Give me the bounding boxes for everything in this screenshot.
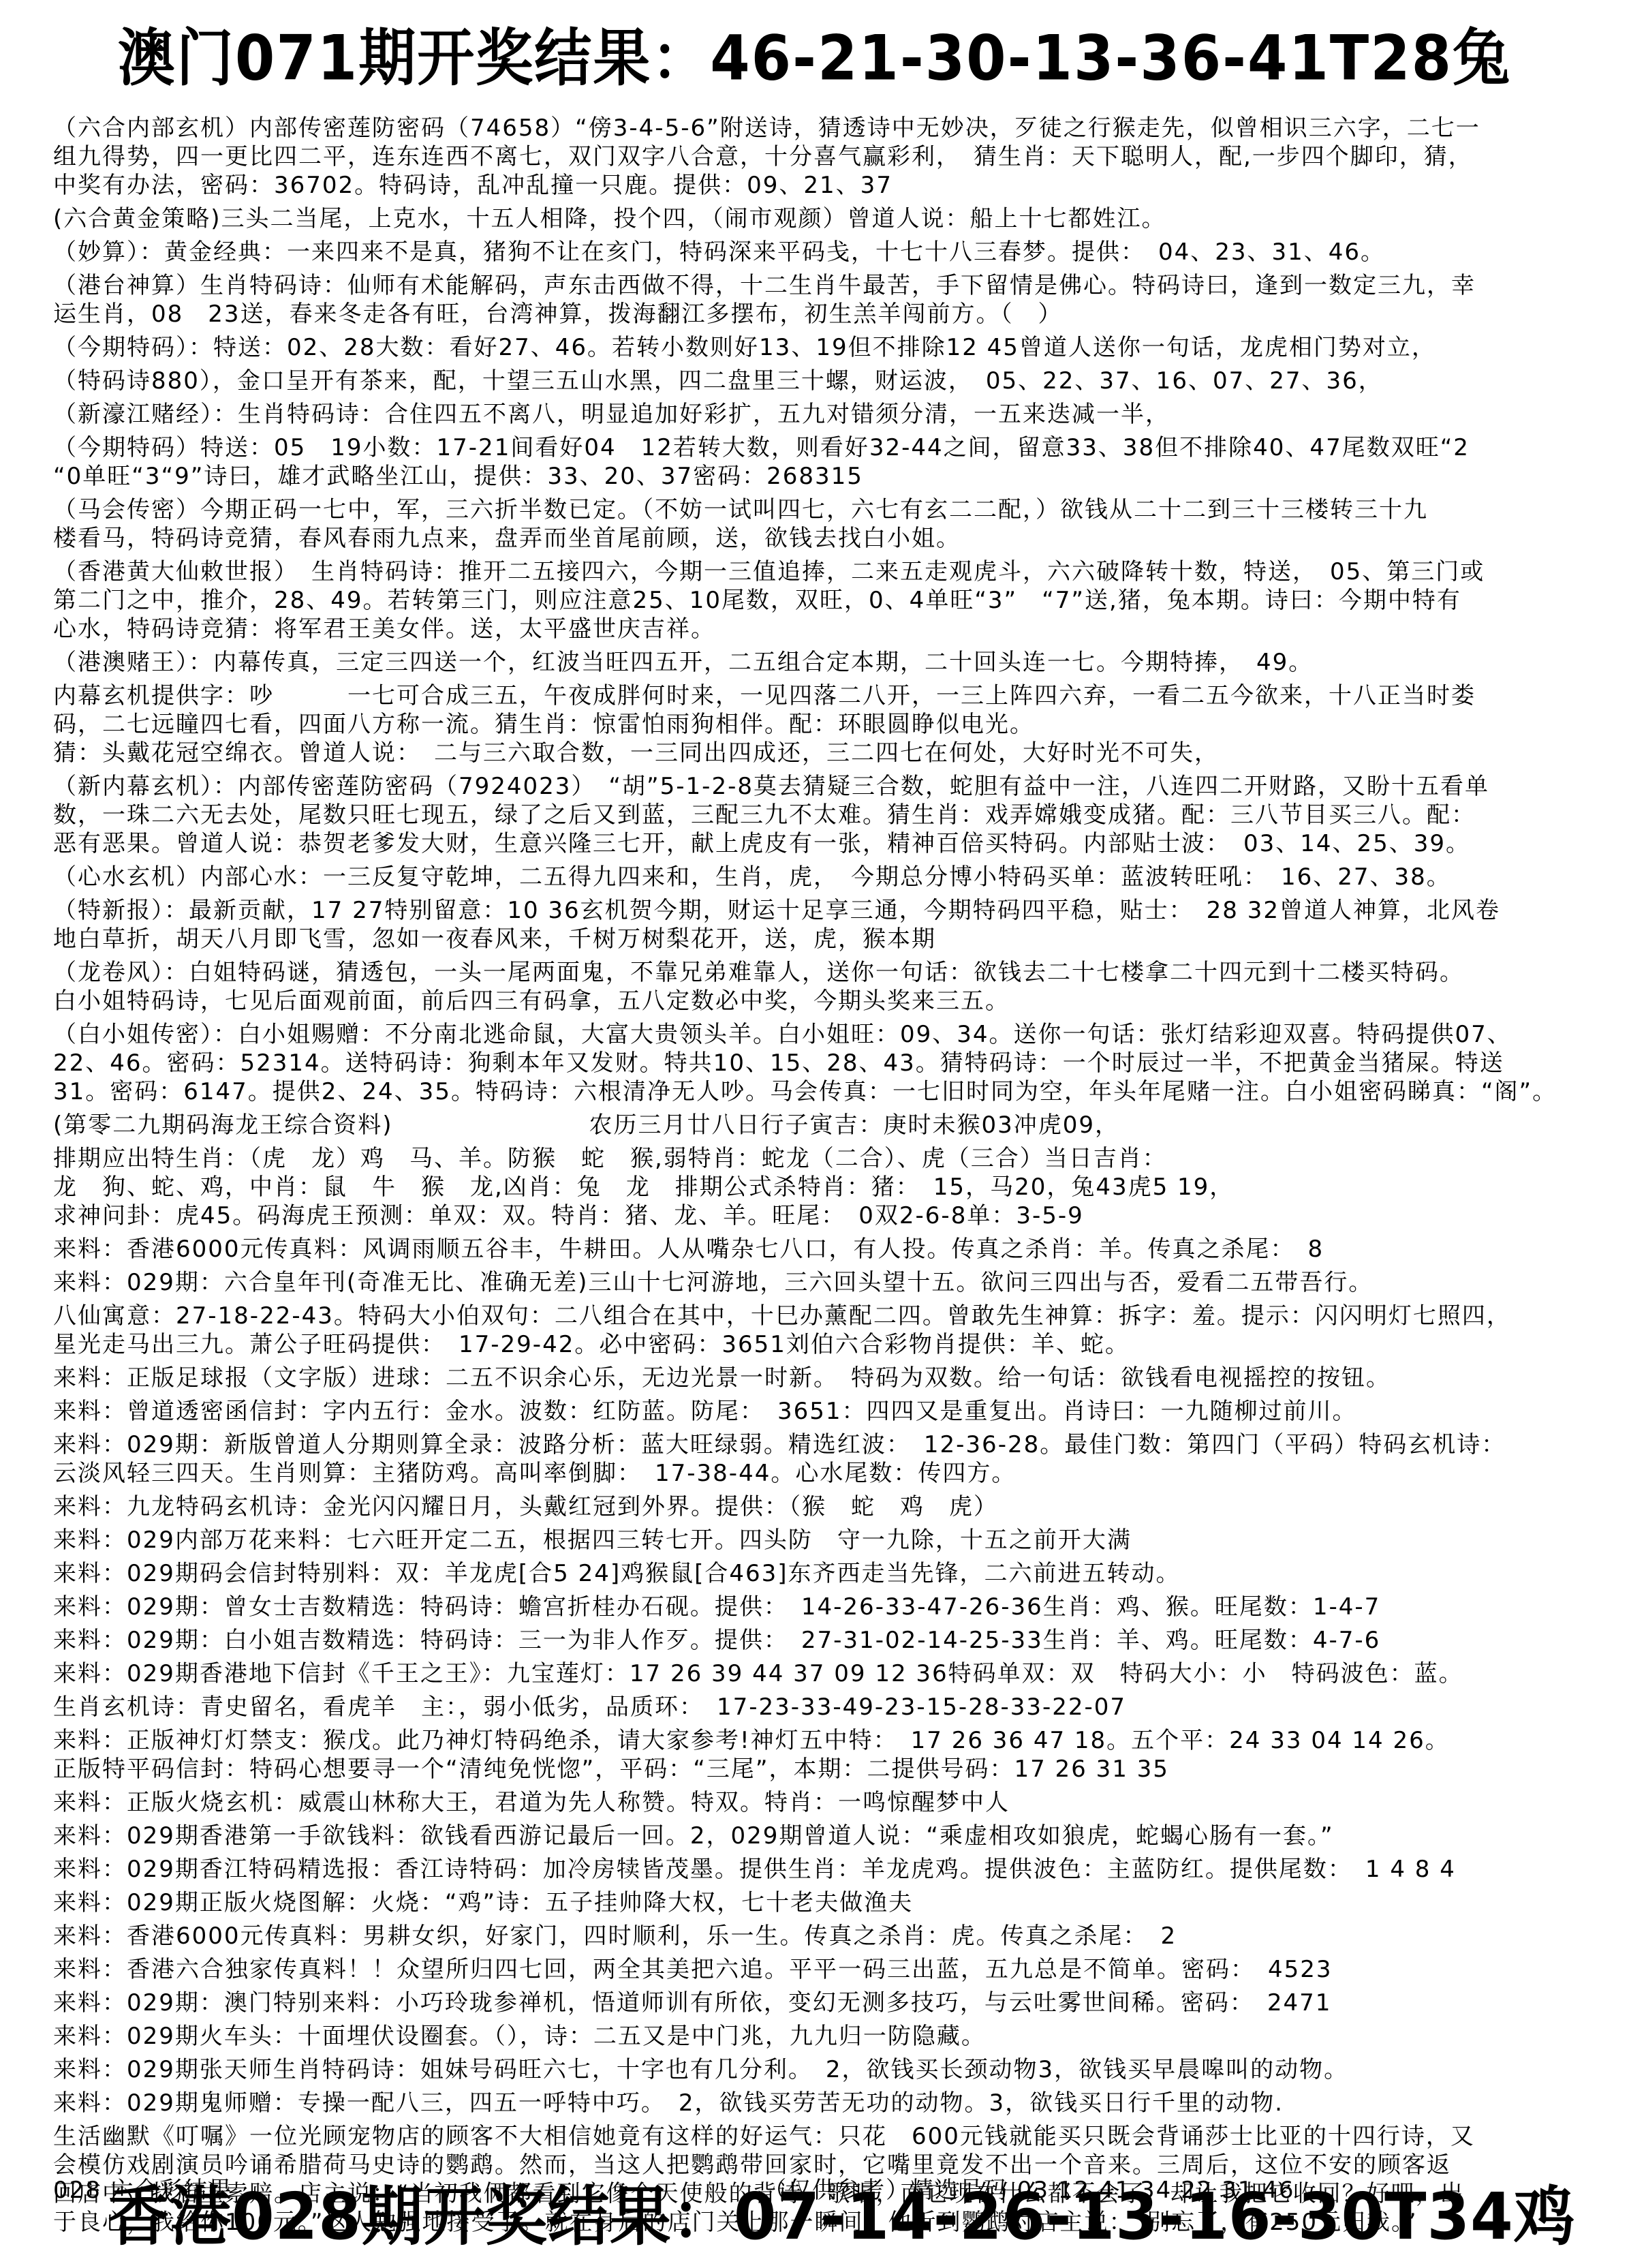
text-line: 来料：029期正版火烧图解：火烧：“鸡”诗：五子挂帅降大权，七十老夫做渔夫 [53, 1888, 1609, 1917]
text-line: （马会传密）今期正码一七中，军，三六折半数已定。（不妨一试叫四七，六七有玄二二配… [53, 495, 1609, 524]
text-line: 来料：九龙特码玄机诗：金光闪闪耀日月，头戴红冠到外界。提供：（猴 蛇 鸡 虎） [53, 1492, 1609, 1521]
paragraph: 来料：029期：澳门特别来料：小巧玲珑参禅机，悟道师训有所依，变幻无测多技巧，与… [53, 1989, 1609, 2017]
text-line: 来料：029内部万花来料：七六旺开定二五，根据四三转七开。四头防 守一九除，十五… [53, 1526, 1609, 1554]
paragraph: 来料：香港六合独家传真料！！众望所归四七回，两全其美把六追。平平一码三出蓝，五九… [53, 1955, 1609, 1984]
text-line: 来料：香港6000元传真料：风调雨顺五谷丰，牛耕田。人从嘴杂七八口，有人投。传真… [53, 1235, 1609, 1263]
paragraph: 来料：正版火烧玄机：威震山林称大王，君道为先人称赞。特双。特肖：一鸣惊醒梦中人 [53, 1788, 1609, 1817]
paragraph: （六合内部玄机）内部传密莲防密码（74658）“傍3-4-5-6”附送诗，猜透诗… [53, 114, 1609, 200]
text-line: 数，一珠二六无去处，尾数只旺七现五，绿了之后又到蓝，三配三九不太难。猜生肖：戏弄… [53, 801, 1609, 829]
text-line: 来料：029期香港第一手欲钱料：欲钱看西游记最后一回。2，029期曾道人说：“乘… [53, 1822, 1609, 1850]
text-line: 来料：029期香港地下信封《千王之王》：九宝莲灯：17 26 39 44 37 … [53, 1659, 1609, 1688]
text-line: 云淡风轻三四天。生肖则算：主猪防鸡。高叫率倒脚： 17-38-44。心水尾数：传… [53, 1459, 1609, 1488]
text-line: 地白草折，胡天八月即飞雪，忽如一夜春风来，千树万树梨花开，送，虎，猴本期 [53, 925, 1609, 953]
text-line: （港澳赌王）：内幕传真，三定三四送一个，红波当旺四五开，二五组合定本期，二十回头… [53, 648, 1609, 677]
paragraph: 来料：029期香港地下信封《千王之王》：九宝莲灯：17 26 39 44 37 … [53, 1659, 1609, 1688]
text-line: 来料：029期鬼师赠：专操一配八三，四五一呼特中巧。 2，欲钱买劳苦无功的动物。… [53, 2089, 1609, 2117]
text-line: 来料：香港6000元传真料：男耕女织，好家门，四时顺利，乐一生。传真之杀肖：虎。… [53, 1922, 1609, 1950]
text-line: 八仙寓意：27-18-22-43。特码大小伯双句：二八组合在其中，十巳办薰配二四… [53, 1302, 1609, 1330]
body-text: （六合内部玄机）内部传密莲防密码（74658）“傍3-4-5-6”附送诗，猜透诗… [0, 91, 1629, 2237]
text-line: “0单旺“3“9”诗曰，雄才武略坐江山，提供：33、20、37密码：268315 [53, 462, 1609, 491]
text-line: (六合黄金策略)三头二当尾，上克水，十五人相降，投个四，（闹市观颜）曾道人说：船… [53, 204, 1609, 233]
text-line: 来料：029期码会信封特别料：双：羊龙虎[合5 24]鸡猴鼠[合463]东齐西走… [53, 1559, 1609, 1588]
paragraph: （港台神算）生肖特码诗：仙师有术能解码，声东击西做不得，十二生肖牛最苦，手下留情… [53, 271, 1609, 328]
text-line: 中奖有办法，密码：36702。特码诗，乱冲乱撞一只鹿。提供：09、21、37 [53, 171, 1609, 200]
text-line: 来料：029期火车头：十面埋伏设圈套。（），诗：二五又是中门兆，九九归一防隐藏。 [53, 2022, 1609, 2051]
text-line: （今期特码）特送：05 19小数：17-21间看好04 12若转大数，则看好32… [53, 433, 1609, 462]
text-line: 来料：曾道透密函信封：字内五行：金水。波数：红防蓝。防尾： 3651：四四又是重… [53, 1397, 1609, 1426]
paragraph: 来料：029期：曾女士吉数精选：特码诗：蟾宫折桂办石砚。提供： 14-26-33… [53, 1593, 1609, 1621]
text-line: 来料：正版足球报（文字版）进球：二五不识余心乐，无边光景一时新。 特码为双数。给… [53, 1364, 1609, 1392]
text-line: 内幕玄机提供字：吵 一七可合成三五，午夜成胖何时来，一见四落二八开，一三上阵四六… [53, 681, 1609, 710]
text-line: (第零二九期码海龙王综合资料) 农历三月廿八日行子寅吉：庚时未猴03冲虎09， [53, 1111, 1609, 1139]
text-line: （白小姐传密）：白小姐赐赠：不分南北逃命鼠，大富大贵领头羊。白小姐旺：09、34… [53, 1020, 1609, 1049]
text-line: （妙算）：黄金经典：一来四来不是真，猪狗不让在亥门，特码深来平码戋，十七十八三春… [53, 238, 1609, 266]
footer-result: 香港028期开奖结果：07-14-26-13-16-30T34鸡 [108, 2164, 1576, 2258]
text-line: 第二门之中，推介，28、49。若转第三门，则应注意25、10尾数，双旺，0、4单… [53, 586, 1609, 615]
text-line: 正版特平码信封：特码心想要寻一个“清纯免恍惚”，平码：“三尾”，本期：二提供号码… [53, 1755, 1609, 1783]
paragraph: (第零二九期码海龙王综合资料) 农历三月廿八日行子寅吉：庚时未猴03冲虎09， [53, 1111, 1609, 1139]
text-line: 来料：029期：澳门特别来料：小巧玲珑参禅机，悟道师训有所依，变幻无测多技巧，与… [53, 1989, 1609, 2017]
text-line: 31。密码：6147。提供2、24、35。特码诗：六根清净无人吵。马会传真：一七… [53, 1077, 1609, 1106]
text-line: 楼看马，特码诗竞猜，春风春雨九点来，盘弄而坐首尾前顾，送，欲钱去找白小姐。 [53, 524, 1609, 553]
text-line: 来料：029期：新版曾道人分期则算全录：波路分析：蓝大旺绿弱。精选红波： 12-… [53, 1430, 1609, 1459]
text-line: 求神问卦：虎45。码海虎王预测：单双：双。特肖：猪、龙、羊。旺尾： 0双2-6-… [53, 1201, 1609, 1230]
paragraph: 来料：正版足球报（文字版）进球：二五不识余心乐，无边光景一时新。 特码为双数。给… [53, 1364, 1609, 1392]
text-line: 组九得势，四一更比四二平，连东连西不离七，双门双字八合意，十分喜气赢彩利， 猜生… [53, 142, 1609, 171]
text-line: （特新报）：最新贡献，17 27特别留意：10 36玄机贺今期，财运十足享三通，… [53, 896, 1609, 925]
text-line: 来料：029期张天师生肖特码诗：姐妹号码旺六七，十字也有几分利。 2，欲钱买长颈… [53, 2055, 1609, 2084]
text-line: （新内幕玄机）：内部传密莲防密码（7924023） “胡”5-1-2-8莫去猜疑… [53, 772, 1609, 801]
paragraph: 来料：029内部万花来料：七六旺开定二五，根据四三转七开。四头防 守一九除，十五… [53, 1526, 1609, 1554]
text-line: 来料：香港六合独家传真料！！众望所归四七回，两全其美把六追。平平一码三出蓝，五九… [53, 1955, 1609, 1984]
text-line: 猜：头戴花冠空绵衣。曾道人说： 二与三六取合数，一三同出四成还，三二四七在何处，… [53, 739, 1609, 767]
text-line: （港台神算）生肖特码诗：仙师有术能解码，声东击西做不得，十二生肖牛最苦，手下留情… [53, 271, 1609, 300]
text-line: 来料：029期：白小姐吉数精选：特码诗：三一为非人作歹。提供： 27-31-02… [53, 1626, 1609, 1655]
paragraph: 来料：029期：新版曾道人分期则算全录：波路分析：蓝大旺绿弱。精选红波： 12-… [53, 1430, 1609, 1488]
paragraph: 来料：曾道透密函信封：字内五行：金水。波数：红防蓝。防尾： 3651：四四又是重… [53, 1397, 1609, 1426]
paragraph: 来料：029期香港第一手欲钱料：欲钱看西游记最后一回。2，029期曾道人说：“乘… [53, 1822, 1609, 1850]
text-line: （香港黄大仙敕世报） 生肖特码诗：推开二五接四六，今期一三值追捧，二来五走观虎斗… [53, 557, 1609, 586]
text-line: 来料：正版火烧玄机：威震山林称大王，君道为先人称赞。特双。特肖：一鸣惊醒梦中人 [53, 1788, 1609, 1817]
text-line: 码，二七远瞳四七看，四面八方称一流。猜生肖：惊雷怕雨狗相伴。配：环眼圆睁似电光。 [53, 710, 1609, 739]
paragraph: 来料：029期火车头：十面埋伏设圈套。（），诗：二五又是中门兆，九九归一防隐藏。 [53, 2022, 1609, 2051]
paragraph: （马会传密）今期正码一七中，军，三六折半数已定。（不妨一试叫四七，六七有玄二二配… [53, 495, 1609, 553]
paragraph: 八仙寓意：27-18-22-43。特码大小伯双句：二八组合在其中，十巳办薰配二四… [53, 1302, 1609, 1359]
paragraph: （龙卷风）：白姐特码谜，猜透包，一头一尾两面鬼，不靠兄弟难靠人，送你一句话：欲钱… [53, 958, 1609, 1015]
text-line: 来料：029期香江特码精选报：香江诗特码：加冷房犊皆茂墨。提供生肖：羊龙虎鸡。提… [53, 1855, 1609, 1884]
paragraph: （新内幕玄机）：内部传密莲防密码（7924023） “胡”5-1-2-8莫去猜疑… [53, 772, 1609, 858]
text-line: 龙 狗、蛇、鸡，中肖：鼠 牛 猴 龙,凶肖：兔 龙 排期公式杀特肖：猪： 15，… [53, 1173, 1609, 1201]
text-line: 22、46。密码：52314。送特码诗：狗剩本年又发财。特共10、15、28、4… [53, 1049, 1609, 1077]
text-line: 运生肖，08 23送，春来冬走各有旺，台湾神算，拨海翻江多摆布，初生羔羊闯前方。… [53, 300, 1609, 328]
paragraph: 来料：029期鬼师赠：专操一配八三，四五一呼特中巧。 2，欲钱买劳苦无功的动物。… [53, 2089, 1609, 2117]
text-line: （六合内部玄机）内部传密莲防密码（74658）“傍3-4-5-6”附送诗，猜透诗… [53, 114, 1609, 142]
paragraph: 来料：029期张天师生肖特码诗：姐妹号码旺六七，十字也有几分利。 2，欲钱买长颈… [53, 2055, 1609, 2084]
paragraph: （新濠江赌经）：生肖特码诗：合住四五不离八，明显追加好彩扩，五九对错须分清，一五… [53, 400, 1609, 429]
text-line: （龙卷风）：白姐特码谜，猜透包，一头一尾两面鬼，不靠兄弟难靠人，送你一句话：欲钱… [53, 958, 1609, 987]
text-line: 心水，特码诗竞猜：将军君王美女伴。送，太平盛世庆吉祥。 [53, 615, 1609, 643]
paragraph: 排期应出特生肖：（虎 龙）鸡 马、羊。防猴 蛇 猴,弱特肖：蛇龙（二合）、虎（三… [53, 1144, 1609, 1230]
text-line: 排期应出特生肖：（虎 龙）鸡 马、羊。防猴 蛇 猴,弱特肖：蛇龙（二合）、虎（三… [53, 1144, 1609, 1173]
text-line: （今期特码）：特送：02、28大数：看好27、46。若转小数则好13、19但不排… [53, 333, 1609, 362]
paragraph: （今期特码）：特送：02、28大数：看好27、46。若转小数则好13、19但不排… [53, 333, 1609, 362]
paragraph: 来料：香港6000元传真料：男耕女织，好家门，四时顺利，乐一生。传真之杀肖：虎。… [53, 1922, 1609, 1950]
paragraph: 来料：九龙特码玄机诗：金光闪闪耀日月，头戴红冠到外界。提供：（猴 蛇 鸡 虎） [53, 1492, 1609, 1521]
paragraph: （今期特码）特送：05 19小数：17-21间看好04 12若转大数，则看好32… [53, 433, 1609, 491]
paragraph: （特新报）：最新贡献，17 27特别留意：10 36玄机贺今期，财运十足享三通，… [53, 896, 1609, 953]
paragraph: 来料：029期香江特码精选报：香江诗特码：加冷房犊皆茂墨。提供生肖：羊龙虎鸡。提… [53, 1855, 1609, 1884]
paragraph: （白小姐传密）：白小姐赐赠：不分南北逃命鼠，大富大贵领头羊。白小姐旺：09、34… [53, 1020, 1609, 1106]
paragraph: 来料：029期：白小姐吉数精选：特码诗：三一为非人作歹。提供： 27-31-02… [53, 1626, 1609, 1655]
paragraph: （香港黄大仙敕世报） 生肖特码诗：推开二五接四六，今期一三值追捧，二来五走观虎斗… [53, 557, 1609, 643]
paragraph: 来料：029期正版火烧图解：火烧：“鸡”诗：五子挂帅降大权，七十老夫做渔夫 [53, 1888, 1609, 1917]
paragraph: 内幕玄机提供字：吵 一七可合成三五，午夜成胖何时来，一见四落二八开，一三上阵四六… [53, 681, 1609, 767]
paragraph: 生肖玄机诗：青史留名，看虎羊 主：，弱小低劣，品质环： 17-23-33-49-… [53, 1693, 1609, 1721]
paragraph: 来料：香港6000元传真料：风调雨顺五谷丰，牛耕田。人从嘴杂七八口，有人投。传真… [53, 1235, 1609, 1263]
text-line: （新濠江赌经）：生肖特码诗：合住四五不离八，明显追加好彩扩，五九对错须分清，一五… [53, 400, 1609, 429]
text-line: 来料：029期：曾女士吉数精选：特码诗：蟾宫折桂办石砚。提供： 14-26-33… [53, 1593, 1609, 1621]
scanned-lottery-sheet: 澳门071期开奖结果：46-21-30-13-36-41T28兔 （六合内部玄机… [0, 0, 1629, 2268]
text-line: 生活幽默《叮嘱》一位光顾宠物店的顾客不大相信她竟有这样的好运气：只花 600元钱… [53, 2122, 1609, 2151]
page-title: 澳门071期开奖结果：46-21-30-13-36-41T28兔 [0, 0, 1629, 98]
paragraph: （特码诗880），金口呈开有茶来，配，十望三五山水黑，四二盘里三十螺，财运波， … [53, 367, 1609, 395]
paragraph: 来料：029期码会信封特别料：双：羊龙虎[合5 24]鸡猴鼠[合463]东齐西走… [53, 1559, 1609, 1588]
paragraph: （心水玄机）内部心水：一三反复守乾坤，二五得九四来和，生肖，虎， 今期总分博小特… [53, 863, 1609, 891]
paragraph: 来料：正版神灯灯禁支：猴戊。此乃神灯特码绝杀，请大家参考!神灯五中特： 17 2… [53, 1726, 1609, 1783]
paragraph: （港澳赌王）：内幕传真，三定三四送一个，红波当旺四五开，二五组合定本期，二十回头… [53, 648, 1609, 677]
text-line: （特码诗880），金口呈开有茶来，配，十望三五山水黑，四二盘里三十螺，财运波， … [53, 367, 1609, 395]
text-line: 生肖玄机诗：青史留名，看虎羊 主：，弱小低劣，品质环： 17-23-33-49-… [53, 1693, 1609, 1721]
text-line: 来料：029期：六合皇年刊(奇准无比、准确无差)三山十七河游地，三六回头望十五。… [53, 1268, 1609, 1297]
paragraph: （妙算）：黄金经典：一来四来不是真，猪狗不让在亥门，特码深来平码戋，十七十八三春… [53, 238, 1609, 266]
paragraph: (六合黄金策略)三头二当尾，上克水，十五人相降，投个四，（闹市观颜）曾道人说：船… [53, 204, 1609, 233]
text-line: （心水玄机）内部心水：一三反复守乾坤，二五得九四来和，生肖，虎， 今期总分博小特… [53, 863, 1609, 891]
text-line: 白小姐特码诗，七见后面观前面，前后四三有码拿，五八定数必中奖，今期头奖来三五。 [53, 987, 1609, 1015]
text-line: 来料：正版神灯灯禁支：猴戊。此乃神灯特码绝杀，请大家参考!神灯五中特： 17 2… [53, 1726, 1609, 1755]
text-line: 星光走马出三九。萧公子旺码提供： 17-29-42。必中密码：3651刘伯六合彩… [53, 1330, 1609, 1359]
paragraph: 来料：029期：六合皇年刊(奇准无比、准确无差)三山十七河游地，三六回头望十五。… [53, 1268, 1609, 1297]
text-line: 恶有恶果。曾道人说：恭贺老爹发大财，生意兴隆三七开，献上虎皮有一张，精神百倍买特… [53, 829, 1609, 858]
